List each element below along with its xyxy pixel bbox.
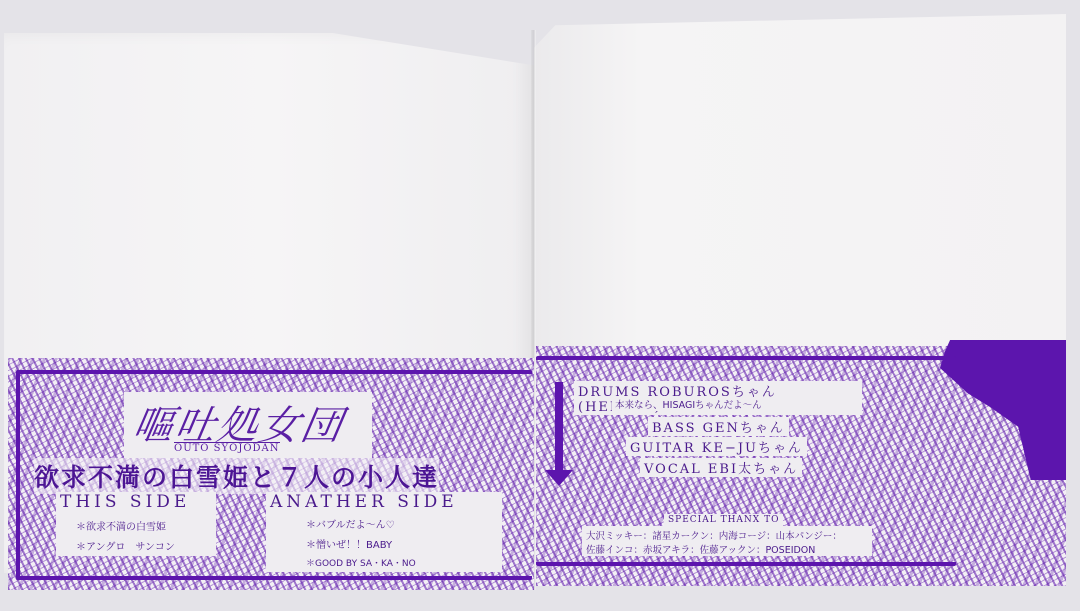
track-item: ＊アングロ サンコン (76, 538, 175, 553)
track-item: ＊欲求不満の白雪姫 (76, 518, 166, 533)
arrow-head-icon (545, 470, 573, 486)
thanks-line: 大沢ミッキー：諸星カークン：内海コージ：山本パンジー： (586, 528, 842, 542)
another-side-heading: ANATHER SIDE (270, 492, 458, 512)
member-guitar: GUITAR KE−JUちゃん (626, 437, 807, 456)
member-note: 本来なら、HISAGIちゃんだよ～ん (612, 397, 765, 411)
record-title: 欲求不満の白雪姫と７人の小人達 (34, 458, 439, 494)
band-name-roman: OUTO SYOJODAN (174, 442, 280, 454)
band-logo: 嘔吐処女団 OUTO SYOJODAN (124, 392, 372, 458)
track-item: ＊GOOD BY SA・KA・NO (306, 556, 416, 569)
another-side-tracklist: ANATHER SIDE ＊バブルだよ～ん♡ ＊憎いぜ！！BABY ＊GOOD … (266, 492, 502, 572)
special-thanks-title: SPECIAL THANX TO (664, 514, 783, 526)
down-arrow-icon (555, 382, 563, 474)
special-thanks-list: 大沢ミッキー：諸星カークン：内海コージ：山本パンジー： 佐藤インコ：赤坂アキラ：… (582, 526, 872, 556)
this-side-tracklist: THIS SIDE ＊欲求不満の白雪姫 ＊アングロ サンコン (56, 492, 216, 556)
this-side-heading: THIS SIDE (60, 492, 190, 512)
member-bass: BASS GENちゃん (648, 417, 789, 436)
track-item: ＊憎いぜ！！BABY (306, 536, 392, 551)
member-vocal: VOCAL EBI太ちゃん (640, 458, 802, 477)
track-item: ＊バブルだよ～ん♡ (306, 516, 395, 531)
thanks-line: 佐藤インコ：赤坂アキラ：佐藤アックン：POSEIDON (586, 542, 815, 556)
